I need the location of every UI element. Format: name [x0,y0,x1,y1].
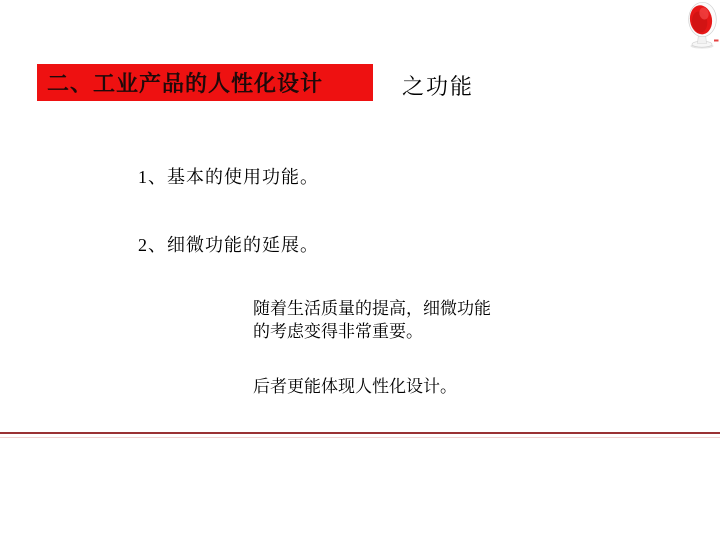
note-line: 后者更能体现人性化设计。 [253,372,457,397]
title-box: 二、工业产品的人性化设计 [37,64,373,101]
body-paragraph: 随着生活质量的提高，细微功能 的考虑变得非常重要。 [253,297,491,343]
list-item-1: 1、基本的使用功能。 [138,163,319,189]
paragraph-line-1: 随着生活质量的提高，细微功能 [253,297,491,320]
bottom-divider-light [0,437,720,438]
paragraph-line-2: 的考虑变得非常重要。 [253,320,491,343]
slide-title: 二、工业产品的人性化设计 [47,67,323,98]
egg-chair-icon [686,1,720,49]
list-item-2: 2、细微功能的延展。 [138,231,319,257]
title-suffix: 之功能 [402,70,474,101]
bottom-divider-dark [0,432,720,434]
presentation-slide: 二、工业产品的人性化设计 之功能 1、基本的使用功能。 2、细微功能的延展。 随… [0,0,720,540]
